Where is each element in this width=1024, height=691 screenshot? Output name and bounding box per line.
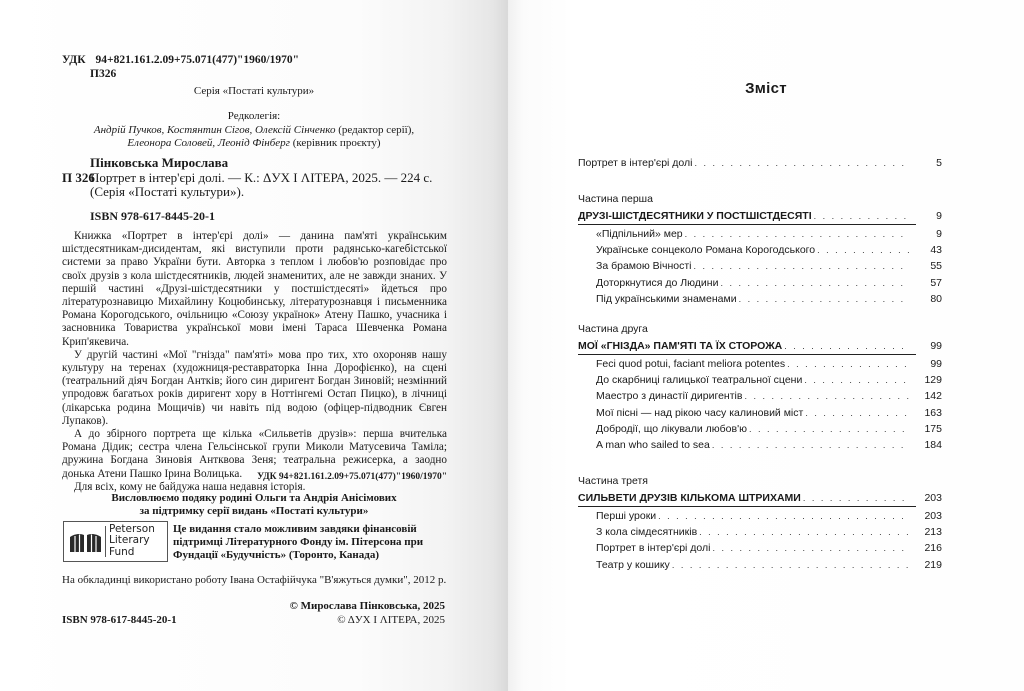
dot-leader: . . . . . . . . . . . . . . . . . . . . … bbox=[685, 229, 910, 240]
toc-entry[interactable]: Під українськими знаменами. . . . . . . … bbox=[596, 291, 942, 305]
toc-entry-page: 219 bbox=[914, 559, 942, 571]
dot-leader: . . . . . . . . . . . . . . . . . . . . … bbox=[803, 493, 910, 504]
toc-entry[interactable]: ДРУЗІ-ШІСТДЕСЯТНИКИ У ПОСТШІСТДЕСЯТІ. . … bbox=[578, 208, 942, 222]
dot-leader: . . . . . . . . . . . . . . . . . . . . … bbox=[739, 294, 910, 305]
toc-entry-page: 99 bbox=[914, 358, 942, 370]
toc-entry-page: 129 bbox=[914, 374, 942, 386]
logo-text: Peterson Literary Fund bbox=[109, 524, 155, 558]
toc-entry-page: 9 bbox=[914, 210, 942, 222]
toc-entry-page: 142 bbox=[914, 390, 942, 402]
toc-entry-title: «Підпільний» мер bbox=[596, 228, 683, 240]
toc-entry-page: 5 bbox=[914, 157, 942, 169]
toc-entry[interactable]: Доторкнутися до Людини. . . . . . . . . … bbox=[596, 275, 942, 289]
copyright-author: © Мирослава Пінковська, 2025 bbox=[290, 600, 445, 614]
logo-line: Fund bbox=[109, 547, 155, 558]
isbn-bottom: ISBN 978-617-8445-20-1 bbox=[62, 614, 177, 626]
toc-entry-title: Портрет в інтер'єрі долі bbox=[578, 157, 693, 169]
toc-entry-page: 184 bbox=[914, 439, 942, 451]
toc-entry-title: Маестро з династії диригентів bbox=[596, 390, 742, 402]
toc-entry-title: МОЇ «ГНІЗДА» ПАМ'ЯТІ ТА ЇХ СТОРОЖА bbox=[578, 340, 782, 352]
toc-entry-page: 163 bbox=[914, 407, 942, 419]
toc-entry[interactable]: Маестро з династії диригентів. . . . . .… bbox=[596, 388, 942, 402]
part-label: Частина третя bbox=[578, 475, 648, 487]
toc-entry[interactable]: МОЇ «ГНІЗДА» ПАМ'ЯТІ ТА ЇХ СТОРОЖА. . . … bbox=[578, 338, 942, 352]
dot-leader: . . . . . . . . . . . . . . . . . . . . … bbox=[805, 408, 910, 419]
board-role-1: (редактор серії), bbox=[335, 124, 414, 136]
toc-entry-page: 203 bbox=[914, 510, 942, 522]
toc-entry-title: До скарбниці галицької театральної сцени bbox=[596, 374, 802, 386]
left-page-imprint: УДК94+821.161.2.09+75.071(477)"1960/1970… bbox=[0, 0, 508, 691]
board-label: Редколегія: bbox=[0, 110, 508, 124]
dot-leader: . . . . . . . . . . . . . . . . . . . . … bbox=[814, 211, 910, 222]
part-label: Частина друга bbox=[578, 323, 648, 335]
cover-note: На обкладинці використано роботу Івана О… bbox=[62, 574, 446, 586]
toc-entry-title: Доторкнутися до Людини bbox=[596, 277, 718, 289]
toc-entry-page: 203 bbox=[914, 492, 942, 504]
dot-leader: . . . . . . . . . . . . . . . . . . . . … bbox=[787, 359, 910, 370]
dot-leader: . . . . . . . . . . . . . . . . . . . . … bbox=[804, 375, 910, 386]
fund-line: Фундації «Будучність» (Торонто, Канада) bbox=[173, 549, 423, 562]
toc-entry[interactable]: Українське сонцеколо Романа Корогодськог… bbox=[596, 242, 942, 256]
logo-line: Literary bbox=[109, 535, 155, 546]
dot-leader: . . . . . . . . . . . . . . . . . . . . … bbox=[749, 424, 910, 435]
toc-entry-title: Портрет в інтер'єрі долі bbox=[596, 542, 711, 554]
toc-entry-title: Українське сонцеколо Романа Корогодськог… bbox=[596, 244, 815, 256]
part-divider bbox=[578, 354, 916, 355]
toc-entry-title: Мої пісні — над рікою часу калиновий міс… bbox=[596, 407, 803, 419]
toc-entry[interactable]: До скарбниці галицької театральної сцени… bbox=[596, 372, 942, 386]
part-divider bbox=[578, 506, 916, 507]
toc-entry-page: 57 bbox=[914, 277, 942, 289]
udk-sub: П326 bbox=[90, 67, 116, 81]
dot-leader: . . . . . . . . . . . . . . . . . . . . … bbox=[720, 278, 910, 289]
udk-label: УДК bbox=[62, 54, 86, 66]
toc-entry-title: Театр у кошику bbox=[596, 559, 670, 571]
abstract: Книжка «Портрет в інтер'єрі долі» — дани… bbox=[62, 230, 447, 494]
toc-entry-page: 9 bbox=[914, 228, 942, 240]
toc-entry[interactable]: Перші уроки. . . . . . . . . . . . . . .… bbox=[596, 508, 942, 522]
dot-leader: . . . . . . . . . . . . . . . . . . . . … bbox=[658, 511, 910, 522]
book-title-line: Портрет в інтер'єрі долі. — К.: ΔУХ І ΛІ… bbox=[90, 171, 432, 186]
fund-line: підтримці Літературного Фонду ім. Пітерс… bbox=[173, 536, 423, 549]
logo-divider bbox=[105, 526, 106, 557]
abstract-paragraph: Книжка «Портрет в інтер'єрі долі» — дани… bbox=[62, 230, 447, 349]
editorial-board: Редколегія: Андрій Пучков, Костянтин Сіг… bbox=[0, 110, 508, 151]
peterson-fund-logo: Peterson Literary Fund bbox=[63, 521, 168, 562]
open-book-icon bbox=[69, 531, 102, 553]
acknowledgement: Висловлюємо подяку родині Ольги та Андрі… bbox=[0, 492, 508, 518]
toc-entry[interactable]: A man who sailed to sea. . . . . . . . .… bbox=[596, 437, 942, 451]
part-divider bbox=[578, 224, 916, 225]
toc-entry[interactable]: Портрет в інтер'єрі долі. . . . . . . . … bbox=[578, 155, 942, 169]
toc-entry[interactable]: За брамою Вічності. . . . . . . . . . . … bbox=[596, 258, 942, 272]
toc-entry-page: 80 bbox=[914, 293, 942, 305]
udk-bottom: УДК 94+821.161.2.09+75.071(477)"1960/197… bbox=[257, 472, 447, 482]
toc-entry[interactable]: Мої пісні — над рікою часу калиновий міс… bbox=[596, 405, 942, 419]
toc-entry-page: 216 bbox=[914, 542, 942, 554]
copyright: © Мирослава Пінковська, 2025 © ΔУХ І ΛІТ… bbox=[290, 600, 445, 627]
toc-entry[interactable]: З кола сімдесятників. . . . . . . . . . … bbox=[596, 524, 942, 538]
thanks-line-1: Висловлюємо подяку родині Ольги та Андрі… bbox=[0, 492, 508, 505]
board-names-2: Елеонора Соловей, Леонід Фінберг bbox=[127, 137, 290, 149]
toc-entry[interactable]: СИЛЬВЕТИ ДРУЗІВ КІЛЬКОМА ШТРИХАМИ. . . .… bbox=[578, 490, 942, 504]
toc-entry-title: З кола сімдесятників bbox=[596, 526, 697, 538]
series-line: (Серія «Постаті культури»). bbox=[90, 185, 244, 200]
toc-entry[interactable]: Портрет в інтер'єрі долі. . . . . . . . … bbox=[596, 540, 942, 554]
board-role-2: (керівник проєкту) bbox=[290, 137, 381, 149]
toc-entry-page: 43 bbox=[914, 244, 942, 256]
toc-title: Зміст bbox=[508, 80, 1024, 97]
toc-entry-title: Перші уроки bbox=[596, 510, 656, 522]
dot-leader: . . . . . . . . . . . . . . . . . . . . … bbox=[695, 158, 910, 169]
toc-entry[interactable]: Feci quod potui, faciant meliora potente… bbox=[596, 356, 942, 370]
udk-header: УДК94+821.161.2.09+75.071(477)"1960/1970… bbox=[62, 53, 299, 67]
toc-entry-title: Добродії, що лікували любов'ю bbox=[596, 423, 747, 435]
copyright-publisher: © ΔУХ І ΛІТЕРА, 2025 bbox=[290, 614, 445, 628]
dot-leader: . . . . . . . . . . . . . . . . . . . . … bbox=[817, 245, 910, 256]
dot-leader: . . . . . . . . . . . . . . . . . . . . … bbox=[693, 261, 910, 272]
author-name: Пінковська Мирослава bbox=[90, 156, 228, 171]
dot-leader: . . . . . . . . . . . . . . . . . . . . … bbox=[672, 560, 910, 571]
toc-entry[interactable]: Добродії, що лікували любов'ю. . . . . .… bbox=[596, 421, 942, 435]
dot-leader: . . . . . . . . . . . . . . . . . . . . … bbox=[712, 440, 910, 451]
isbn: ISBN 978-617-8445-20-1 bbox=[90, 209, 215, 224]
udk-code: 94+821.161.2.09+75.071(477)"1960/1970" bbox=[96, 53, 299, 67]
series-name: Серія «Постаті культури» bbox=[0, 85, 508, 97]
dot-leader: . . . . . . . . . . . . . . . . . . . . … bbox=[784, 341, 910, 352]
toc-entry-title: За брамою Вічності bbox=[596, 260, 691, 272]
fund-line: Це видання стало можливим завдяки фінанс… bbox=[173, 523, 423, 536]
toc-entry-page: 99 bbox=[914, 340, 942, 352]
toc-entry-page: 175 bbox=[914, 423, 942, 435]
toc-entry-page: 55 bbox=[914, 260, 942, 272]
toc-entry-page: 213 bbox=[914, 526, 942, 538]
abstract-paragraph: У другій частині «Мої "гнізда" пам'яті» … bbox=[62, 349, 447, 428]
toc-entry-title: СИЛЬВЕТИ ДРУЗІВ КІЛЬКОМА ШТРИХАМИ bbox=[578, 492, 801, 504]
toc-entry-title: Feci quod potui, faciant meliora potente… bbox=[596, 358, 785, 370]
toc-entry-title: ДРУЗІ-ШІСТДЕСЯТНИКИ У ПОСТШІСТДЕСЯТІ bbox=[578, 210, 812, 222]
dot-leader: . . . . . . . . . . . . . . . . . . . . … bbox=[699, 527, 910, 538]
toc-entry-title: A man who sailed to sea bbox=[596, 439, 710, 451]
dot-leader: . . . . . . . . . . . . . . . . . . . . … bbox=[713, 543, 910, 554]
toc-entry[interactable]: Театр у кошику. . . . . . . . . . . . . … bbox=[596, 557, 942, 571]
fund-support-text: Це видання стало можливим завдяки фінанс… bbox=[173, 523, 423, 562]
toc-entry[interactable]: «Підпільний» мер. . . . . . . . . . . . … bbox=[596, 226, 942, 240]
dot-leader: . . . . . . . . . . . . . . . . . . . . … bbox=[744, 391, 910, 402]
thanks-line-2: за підтримку серії видань «Постаті культ… bbox=[0, 505, 508, 518]
part-label: Частина перша bbox=[578, 193, 653, 205]
board-names-1: Андрій Пучков, Костянтин Сігов, Олексій … bbox=[94, 124, 336, 136]
toc-entry-title: Під українськими знаменами bbox=[596, 293, 737, 305]
